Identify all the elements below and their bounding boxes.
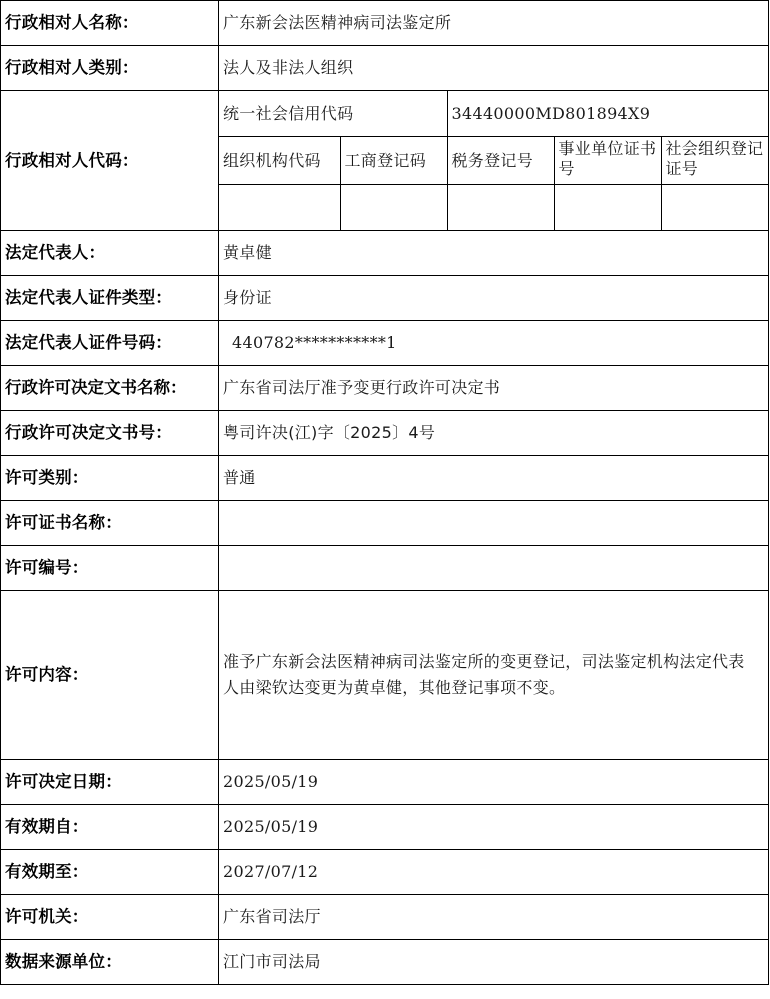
label-counterparty-type: 行政相对人类别： — [1, 46, 219, 91]
row-data-source: 数据来源单位： 江门市司法局 — [1, 940, 769, 985]
value-issuing-authority: 广东省司法厅 — [219, 895, 769, 940]
row-license-cert-name: 许可证书名称： — [1, 501, 769, 546]
label-counterparty-name: 行政相对人名称： — [1, 1, 219, 46]
code-subtable: 统一社会信用代码 34440000MD801894X9 组织机构代码 工商登记码… — [219, 91, 768, 230]
row-legal-rep-id-type: 法定代表人证件类型： 身份证 — [1, 276, 769, 321]
unified-credit-code-value: 34440000MD801894X9 — [447, 91, 768, 137]
value-legal-rep: 黄卓健 — [219, 231, 769, 276]
label-decision-doc-number: 行政许可决定文书号： — [1, 411, 219, 456]
row-issuing-authority: 许可机关： 广东省司法厅 — [1, 895, 769, 940]
row-decision-doc-name: 行政许可决定文书名称： 广东省司法厅准予变更行政许可决定书 — [1, 366, 769, 411]
label-data-source: 数据来源单位： — [1, 940, 219, 985]
value-decision-date: 2025/05/19 — [219, 760, 769, 805]
code-row-values — [219, 185, 768, 231]
tax-reg-number-header: 税务登记号 — [447, 137, 554, 185]
label-legal-rep-id-number: 法定代表人证件号码： — [1, 321, 219, 366]
counterparty-code-cell: 统一社会信用代码 34440000MD801894X9 组织机构代码 工商登记码… — [219, 91, 769, 231]
label-license-number: 许可编号： — [1, 546, 219, 591]
code-row-headers: 组织机构代码 工商登记码 税务登记号 事业单位证书号 社会组织登记证号 — [219, 137, 768, 185]
org-code-header: 组织机构代码 — [219, 137, 340, 185]
row-decision-doc-number: 行政许可决定文书号： 粤司许决(江)字〔2025〕4号 — [1, 411, 769, 456]
row-valid-from: 有效期自： 2025/05/19 — [1, 805, 769, 850]
value-counterparty-type: 法人及非法人组织 — [219, 46, 769, 91]
row-legal-rep-id-number: 法定代表人证件号码： 440782***********1 — [1, 321, 769, 366]
code-row-unified: 统一社会信用代码 34440000MD801894X9 — [219, 91, 768, 137]
row-legal-rep: 法定代表人： 黄卓健 — [1, 231, 769, 276]
institution-cert-number-value — [554, 185, 661, 231]
value-legal-rep-id-type: 身份证 — [219, 276, 769, 321]
label-license-category: 许可类别： — [1, 456, 219, 501]
institution-cert-number-header: 事业单位证书号 — [554, 137, 661, 185]
label-decision-doc-name: 行政许可决定文书名称： — [1, 366, 219, 411]
row-license-category: 许可类别： 普通 — [1, 456, 769, 501]
label-license-cert-name: 许可证书名称： — [1, 501, 219, 546]
row-valid-to: 有效期至： 2027/07/12 — [1, 850, 769, 895]
unified-credit-code-label: 统一社会信用代码 — [219, 91, 447, 137]
value-license-content: 准予广东新会法医精神病司法鉴定所的变更登记，司法鉴定机构法定代表人由梁钦达变更为… — [219, 591, 769, 760]
value-counterparty-name: 广东新会法医精神病司法鉴定所 — [219, 1, 769, 46]
label-valid-to: 有效期至： — [1, 850, 219, 895]
business-reg-code-header: 工商登记码 — [340, 137, 447, 185]
value-legal-rep-id-number: 440782***********1 — [219, 321, 769, 366]
label-decision-date: 许可决定日期： — [1, 760, 219, 805]
license-info-table: 行政相对人名称： 广东新会法医精神病司法鉴定所 行政相对人类别： 法人及非法人组… — [0, 0, 769, 985]
tax-reg-number-value — [447, 185, 554, 231]
value-license-cert-name — [219, 501, 769, 546]
business-reg-code-value — [340, 185, 447, 231]
social-org-reg-number-header: 社会组织登记证号 — [661, 137, 768, 185]
row-counterparty-type: 行政相对人类别： 法人及非法人组织 — [1, 46, 769, 91]
row-counterparty-name: 行政相对人名称： 广东新会法医精神病司法鉴定所 — [1, 1, 769, 46]
value-license-number — [219, 546, 769, 591]
social-org-reg-number-value — [661, 185, 768, 231]
row-counterparty-code: 行政相对人代码： 统一社会信用代码 34440000MD801894X9 组织机… — [1, 91, 769, 231]
label-license-content: 许可内容： — [1, 591, 219, 760]
value-license-category: 普通 — [219, 456, 769, 501]
label-legal-rep-id-type: 法定代表人证件类型： — [1, 276, 219, 321]
row-license-content: 许可内容： 准予广东新会法医精神病司法鉴定所的变更登记，司法鉴定机构法定代表人由… — [1, 591, 769, 760]
label-counterparty-code: 行政相对人代码： — [1, 91, 219, 231]
label-legal-rep: 法定代表人： — [1, 231, 219, 276]
label-issuing-authority: 许可机关： — [1, 895, 219, 940]
value-decision-doc-number: 粤司许决(江)字〔2025〕4号 — [219, 411, 769, 456]
value-valid-from: 2025/05/19 — [219, 805, 769, 850]
row-decision-date: 许可决定日期： 2025/05/19 — [1, 760, 769, 805]
org-code-value — [219, 185, 340, 231]
value-decision-doc-name: 广东省司法厅准予变更行政许可决定书 — [219, 366, 769, 411]
label-valid-from: 有效期自： — [1, 805, 219, 850]
value-valid-to: 2027/07/12 — [219, 850, 769, 895]
value-data-source: 江门市司法局 — [219, 940, 769, 985]
row-license-number: 许可编号： — [1, 546, 769, 591]
